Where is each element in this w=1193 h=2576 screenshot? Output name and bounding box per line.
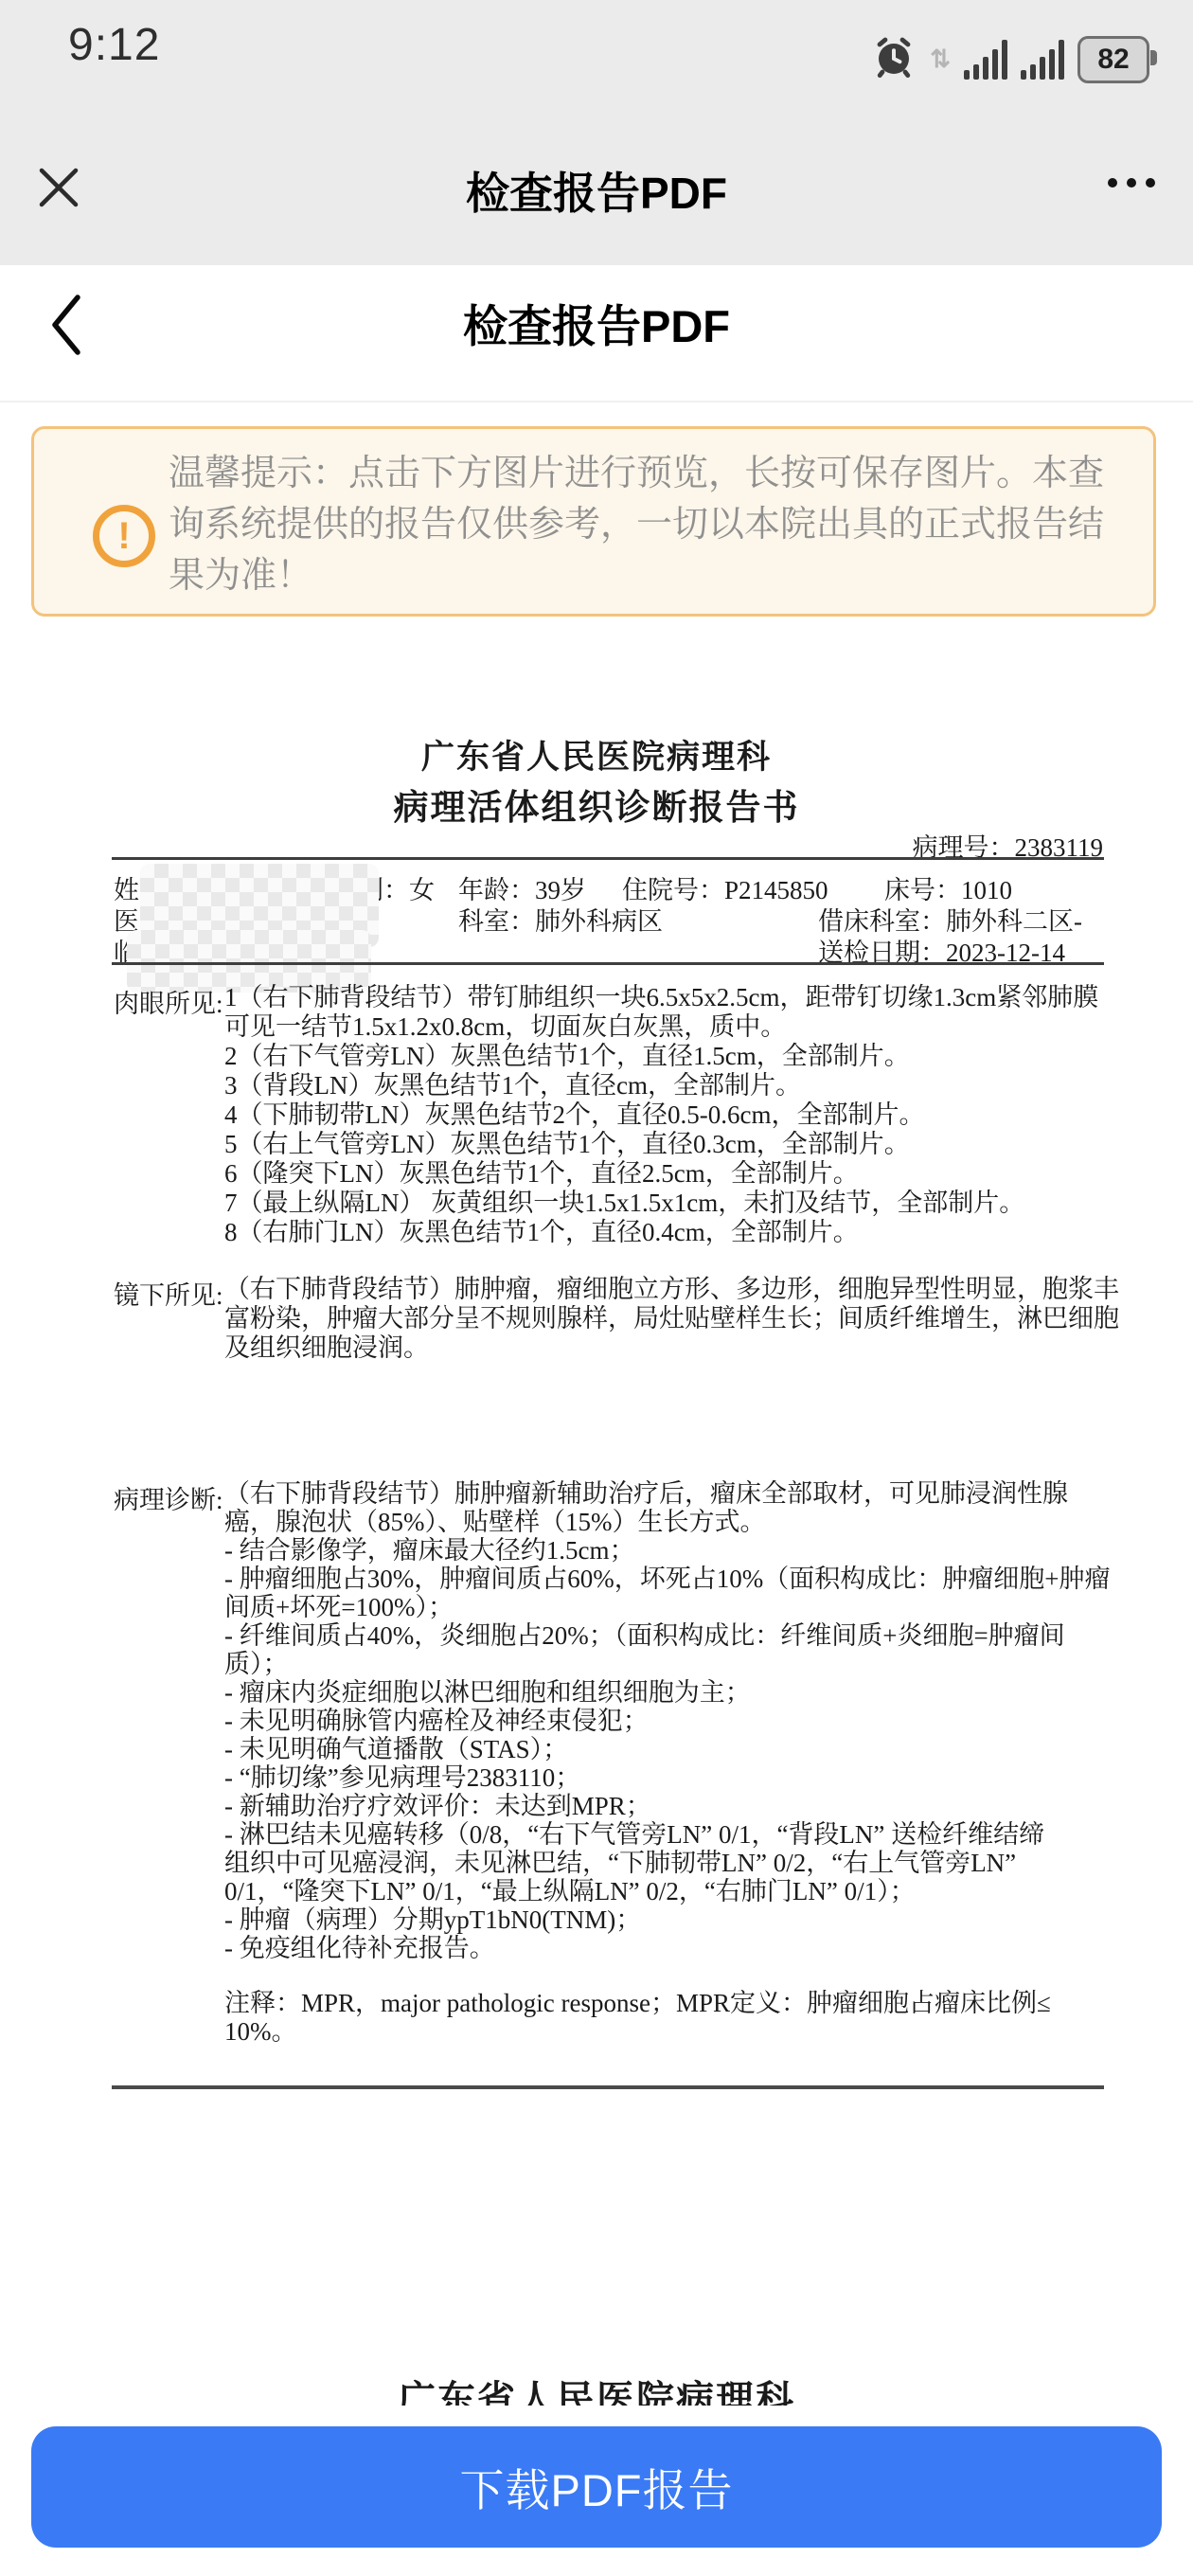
report-line: 间质+坏死=100%）； bbox=[224, 1593, 1110, 1621]
notice-box: ! 温馨提示：点击下方图片进行预览，长按可保存图片。本查询系统提供的报告仅供参考… bbox=[31, 426, 1156, 617]
alarm-icon bbox=[871, 34, 917, 80]
page-title: 检查报告PDF bbox=[0, 292, 1193, 355]
report-line: 7（最上纵隔LN） 灰黄组织一块1.5x1.5x1cm，未扪及结节，全部制片。 bbox=[224, 1189, 1098, 1218]
report-line: - 未见明确脉管内癌栓及神经束侵犯； bbox=[224, 1707, 1110, 1735]
divider bbox=[112, 962, 1104, 965]
battery-percent: 82 bbox=[1097, 44, 1129, 76]
report-line: 8（右肺门LN）灰黑色结节1个，直径0.4cm，全部制片。 bbox=[224, 1218, 1098, 1247]
nav-bar: 检查报告PDF bbox=[0, 152, 1193, 237]
report-line: - 纤维间质占40%，炎细胞占20%；（面积构成比：纤维间质+炎细胞=肿瘤间 bbox=[224, 1621, 1110, 1650]
report-line: 1（右下肺背段结节）带钉肺组织一块6.5x5x2.5cm，距带钉切缘1.3cm紧… bbox=[224, 983, 1098, 1012]
report-line: 0/1，“隆突下LN” 0/1，“最上纵隔LN” 0/2，“右肺门LN” 0/1… bbox=[224, 1877, 1110, 1905]
report-line: 质）； bbox=[224, 1650, 1110, 1678]
more-icon bbox=[1108, 178, 1117, 188]
report-line: 2（右下气管旁LN）灰黑色结节1个，直径1.5cm，全部制片。 bbox=[224, 1042, 1098, 1071]
download-pdf-label: 下载PDF报告 bbox=[460, 2456, 734, 2519]
status-nav-bar: 9:12 ⇅ 82 bbox=[0, 0, 1193, 265]
section-lines: 注释：MPR，major pathologic response；MPR定义：肿… bbox=[224, 1989, 1051, 2046]
data-arrows-icon: ⇅ bbox=[930, 38, 951, 80]
report-line: 3（背段LN）灰黑色结节1个，直径cm，全部制片。 bbox=[224, 1071, 1098, 1100]
screen: 9:12 ⇅ 82 bbox=[0, 0, 1193, 2576]
patient-department: 科室：肺外科病区 bbox=[458, 901, 663, 938]
report-line: 5（右上气管旁LN）灰黑色结节1个，直径0.3cm，全部制片。 bbox=[224, 1130, 1098, 1159]
report-line: 富粉染，肿瘤大部分呈不规则腺样，局灶贴壁样生长；间质纤维增生，淋巴细胞 bbox=[224, 1304, 1119, 1333]
hospital-title: 广东省人民医院病理科 bbox=[0, 731, 1193, 778]
report-line: - 新辅助治疗疗效评价：未达到MPR； bbox=[224, 1792, 1110, 1820]
section-lines: （右下肺背段结节）肺肿瘤新辅助治疗后，瘤床全部取材，可见肺浸润性腺癌，腺泡状（8… bbox=[224, 1479, 1110, 1962]
notice-text: 温馨提示：点击下方图片进行预览，长按可保存图片。本查询系统提供的报告仅供参考，一… bbox=[169, 448, 1134, 601]
report-line: - 瘤床内炎症细胞以淋巴细胞和组织细胞为主； bbox=[224, 1678, 1110, 1707]
nav-title: 检查报告PDF bbox=[0, 159, 1193, 222]
section-label: 镜下所见: bbox=[114, 1275, 223, 1312]
warning-circle-icon: ! bbox=[93, 505, 155, 567]
report-line: 6（隆突下LN）灰黑色结节1个，直径2.5cm，全部制片。 bbox=[224, 1159, 1098, 1189]
report-line: 4（下肺韧带LN）灰黑色结节2个，直径0.5-0.6cm，全部制片。 bbox=[224, 1100, 1098, 1130]
report-image[interactable]: 广东省人民医院病理科 病理活体组织诊断报告书 病理号：2383119 姓名 性别… bbox=[0, 617, 1193, 2416]
report-line: 组织中可见癌浸润，未见淋巴结，“下肺韧带LN” 0/2，“右上气管旁LN” bbox=[224, 1849, 1110, 1877]
report-line: （右下肺背段结节）肺肿瘤新辅助治疗后，瘤床全部取材，可见肺浸润性腺 bbox=[224, 1479, 1110, 1508]
status-icons: ⇅ 82 bbox=[871, 27, 1157, 80]
report-line: - 肿瘤（病理）分期ypT1bN0(TNM)； bbox=[224, 1905, 1110, 1934]
report-line: - 淋巴结未见癌转移（0/8，“右下气管旁LN” 0/1，“背段LN” 送检纤维… bbox=[224, 1820, 1110, 1849]
status-time: 9:12 bbox=[68, 19, 160, 71]
report-title: 病理活体组织诊断报告书 bbox=[0, 778, 1193, 830]
battery-icon: 82 bbox=[1077, 36, 1157, 80]
section-label: 肉眼所见: bbox=[114, 983, 223, 1020]
divider bbox=[112, 857, 1104, 860]
report-line: - 肿瘤细胞占30%，肿瘤间质占60%，坏死占10%（面积构成比：肿瘤细胞+肿瘤 bbox=[224, 1565, 1110, 1593]
next-page-header-clipped: 广东省人民医院病理科 bbox=[0, 2377, 1193, 2406]
page-header: 检查报告PDF bbox=[0, 265, 1193, 402]
report-line: - 免疫组化待补充报告。 bbox=[224, 1934, 1110, 1962]
report-line: 注释：MPR，major pathologic response；MPR定义：肿… bbox=[224, 1989, 1051, 2017]
download-pdf-button[interactable]: 下载PDF报告 bbox=[31, 2426, 1162, 2548]
report-line: （右下肺背段结节）肺肿瘤，瘤细胞立方形、多边形，细胞异型性明显，胞浆丰 bbox=[224, 1275, 1119, 1304]
section-lines: （右下肺背段结节）肺肿瘤，瘤细胞立方形、多边形，细胞异型性明显，胞浆丰富粉染，肿… bbox=[224, 1275, 1119, 1363]
signal-bars-icon-1 bbox=[964, 38, 1007, 80]
section-label: 病理诊断: bbox=[114, 1479, 223, 1516]
report-line: 癌，腺泡状（85%）、贴壁样（15%）生长方式。 bbox=[224, 1508, 1110, 1536]
report-line: - 未见明确气道播散（STAS）； bbox=[224, 1735, 1110, 1763]
signal-bars-icon-2 bbox=[1021, 38, 1064, 80]
section-lines: 1（右下肺背段结节）带钉肺组织一块6.5x5x2.5cm，距带钉切缘1.3cm紧… bbox=[224, 983, 1098, 1247]
report-line: - 结合影像学，瘤床最大径约1.5cm； bbox=[224, 1536, 1110, 1565]
report-line: 及组织细胞浸润。 bbox=[224, 1333, 1119, 1363]
report-line: 可见一结节1.5x1.2x0.8cm，切面灰白灰黑，质中。 bbox=[224, 1012, 1098, 1042]
report-line: 10%。 bbox=[224, 2017, 1051, 2046]
report-line: - “肺切缘”参见病理号2383110； bbox=[224, 1763, 1110, 1792]
divider bbox=[112, 2085, 1104, 2089]
more-button[interactable] bbox=[1108, 178, 1155, 188]
